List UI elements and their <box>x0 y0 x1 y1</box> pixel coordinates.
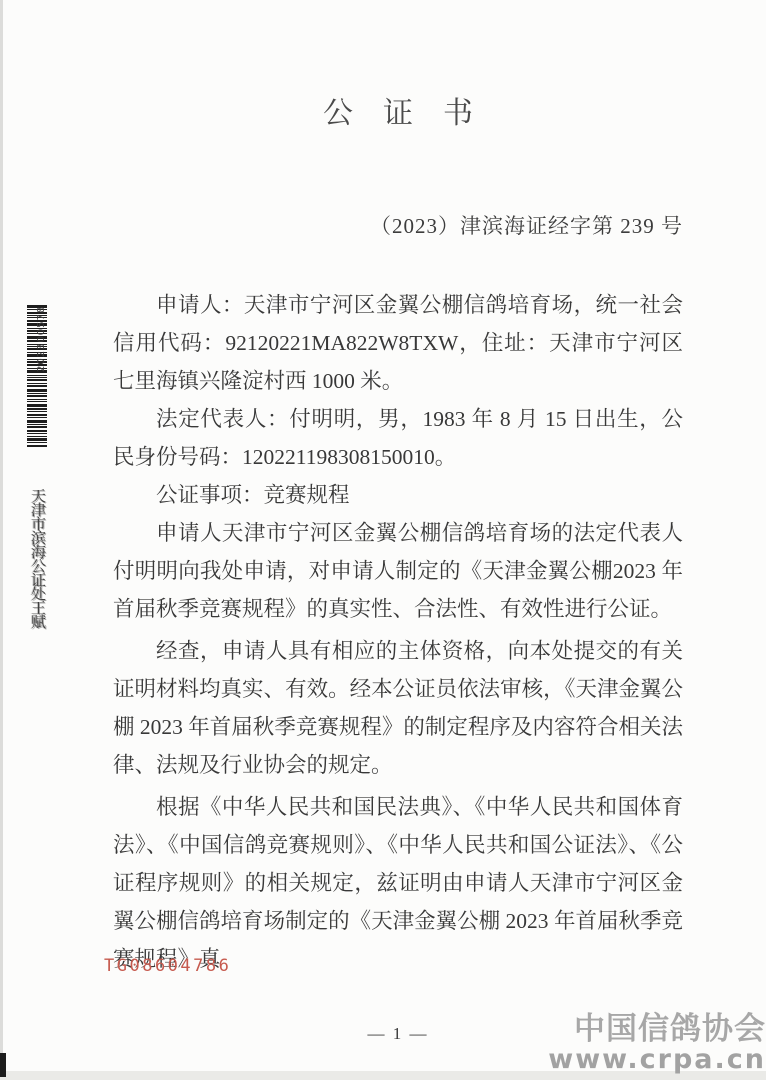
watermark: 中国信鸽协会 www.crpa.cn <box>548 1013 766 1074</box>
watermark-org-name: 中国信鸽协会 <box>548 1013 766 1046</box>
notary-office-stamp-text: 天津市滨海公证处王赋 <box>27 488 48 638</box>
barcode-number: 202300578 <box>36 306 47 372</box>
document-body: 申请人：天津市宁河区金翼公棚信鸽培育场，统一社会信用代码：92120221MA8… <box>113 286 683 978</box>
paragraph-applicant: 申请人：天津市宁河区金翼公棚信鸽培育场，统一社会信用代码：92120221MA8… <box>113 286 683 400</box>
page-title: 公 证 书 <box>113 88 683 132</box>
scan-edge-left <box>0 0 3 1080</box>
serial-number: TG08604786 <box>104 956 231 976</box>
watermark-url: www.crpa.cn <box>548 1046 766 1074</box>
paragraph-certification: 根据《中华人民共和国民法典》、《中华人民共和国体育法》、《中国信鸽竞赛规则》、《… <box>113 788 683 978</box>
paragraph-verification: 经查，申请人具有相应的主体资格，向本处提交的有关证明材料均真实、有效。经本公证员… <box>113 632 683 784</box>
paragraph-legal-representative: 法定代表人：付明明，男，1983 年 8 月 15 日出生，公民身份号码：120… <box>113 400 683 476</box>
scan-corner-mark <box>0 1053 6 1077</box>
paragraph-notary-matter: 公证事项：竞赛规程 <box>113 476 683 514</box>
paragraph-application: 申请人天津市宁河区金翼公棚信鸽培育场的法定代表人付明明向我处申请，对申请人制定的… <box>113 514 683 628</box>
document-number: （2023）津滨海证经字第 239 号 <box>113 210 683 240</box>
